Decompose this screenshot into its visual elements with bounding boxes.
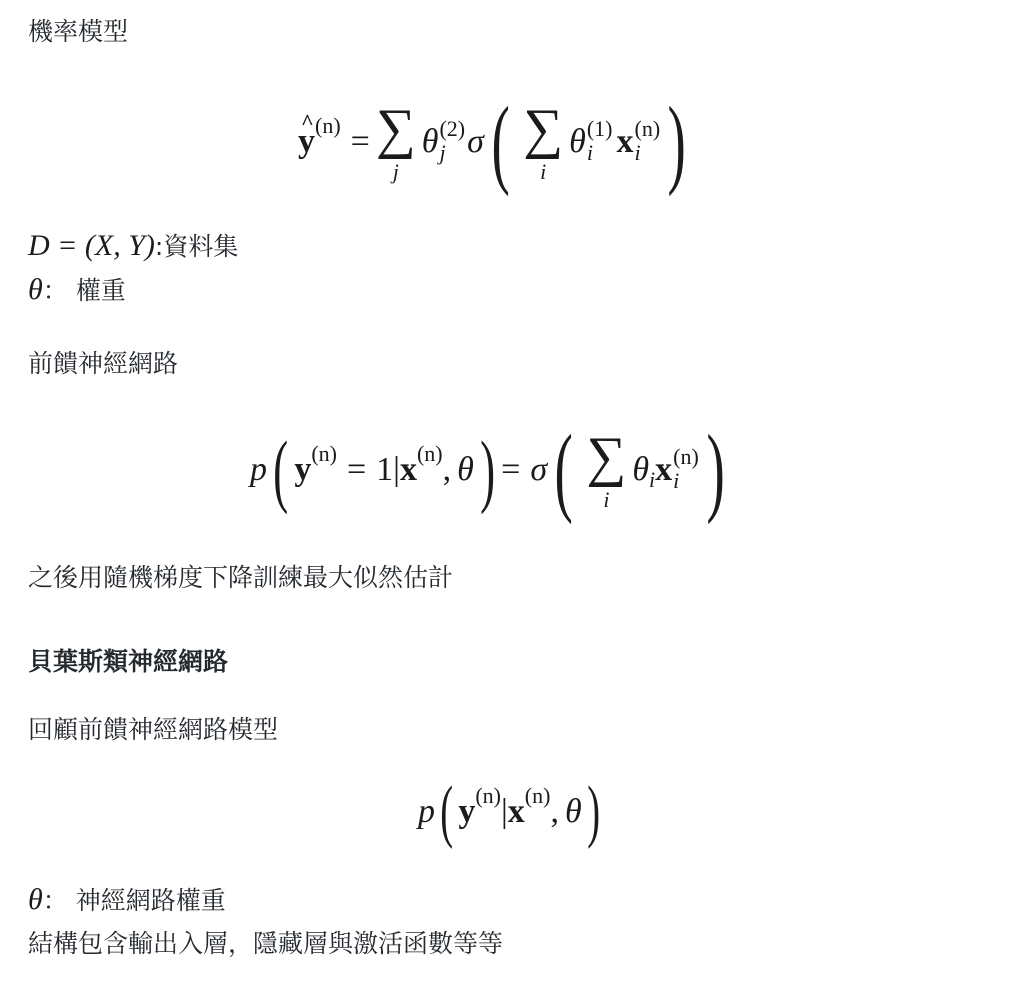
section-title-feedforward: 前饋神經網路 (28, 348, 178, 380)
math-theta: θ (422, 123, 439, 161)
equation-prediction: y (n) = ∑ j θ (2) j σ ( ∑ i θ (1) i x (n… (298, 82, 693, 202)
math-supsub: (n) i (635, 120, 661, 164)
section-title-bayesian: 貝葉斯類神經網路 (28, 646, 228, 678)
theta-nn-label: ： 神經網路權重 (43, 886, 226, 915)
theta-nn-definition: θ： 神經網路權重 (28, 884, 226, 917)
math-y: y (458, 793, 475, 831)
math-sum-j: ∑ j (376, 101, 416, 183)
math-bar: | (393, 451, 400, 489)
math-left-paren: ( (273, 420, 288, 520)
math-bar: | (501, 793, 508, 831)
math-superscript: (n) (315, 113, 341, 139)
math-superscript: (n) (475, 783, 501, 809)
math-p: p (250, 451, 267, 489)
math-x: x (508, 793, 525, 831)
math-right-paren: ) (668, 92, 686, 192)
math-equals: = (501, 451, 520, 489)
math-theta: θ (28, 273, 43, 306)
math-superscript: (n) (417, 441, 443, 467)
sum-limit: i (540, 161, 546, 183)
math-supsub: (n) i (673, 448, 699, 492)
theta-label: ： 權重 (43, 276, 126, 305)
math-superscript: (n) (525, 783, 551, 809)
equation-conditional: p ( y (n) | x (n) , θ ) (418, 772, 605, 852)
math-left-paren: ( (491, 92, 509, 192)
dataset-label: :資料集 (155, 232, 238, 261)
math-sum-i: ∑ i (523, 101, 563, 183)
math-one: 1 (376, 451, 393, 489)
sum-symbol: ∑ (586, 429, 626, 485)
math-x: x (655, 451, 672, 489)
math-supsub: (2) j (439, 120, 465, 164)
math-supsub: (1) i (587, 120, 613, 164)
math-left-paren: ( (555, 420, 573, 520)
math-theta: θ (565, 793, 582, 831)
section-title-probability-model: 機率模型 (28, 16, 128, 48)
math-x: x (400, 451, 417, 489)
math-theta: θ (28, 883, 43, 916)
math-sum-i: ∑ i (586, 429, 626, 511)
math-equals: = (347, 451, 366, 489)
review-description: 回顧前饋神經網路模型 (28, 714, 278, 746)
structure-description: 結構包含輸出入層，隱藏層與激活函數等等 (28, 928, 503, 960)
math-theta: θ (632, 451, 649, 489)
math-right-paren: ) (706, 420, 724, 520)
dataset-definition: D = (X, Y):資料集 (28, 230, 238, 263)
sgd-description: 之後用隨機梯度下降訓練最大似然估計 (28, 562, 453, 594)
math-sigma: σ (530, 451, 547, 489)
math-comma: , (443, 451, 452, 489)
math-p: p (418, 793, 435, 831)
math-y-hat: y (298, 123, 315, 161)
math-theta: θ (457, 451, 474, 489)
math-sigma: σ (467, 123, 484, 161)
math-right-paren: ) (587, 762, 600, 862)
math-right-paren: ) (480, 420, 495, 520)
sum-limit: i (603, 489, 609, 511)
equation-feedforward: p ( y (n) = 1 | x (n) , θ ) = σ ( ∑ i θ … (250, 410, 732, 530)
math-y: y (294, 451, 311, 489)
sum-symbol: ∑ (376, 101, 416, 157)
math-x: x (617, 123, 634, 161)
math-comma: , (550, 793, 559, 831)
math-dataset: D = (X, Y) (28, 229, 155, 262)
math-theta: θ (569, 123, 586, 161)
math-equals: = (351, 123, 370, 161)
theta-definition: θ： 權重 (28, 274, 126, 307)
sum-limit: j (393, 161, 399, 183)
math-subscript: i (649, 467, 655, 493)
sum-symbol: ∑ (523, 101, 563, 157)
math-superscript: (n) (311, 441, 337, 467)
math-left-paren: ( (440, 762, 453, 862)
